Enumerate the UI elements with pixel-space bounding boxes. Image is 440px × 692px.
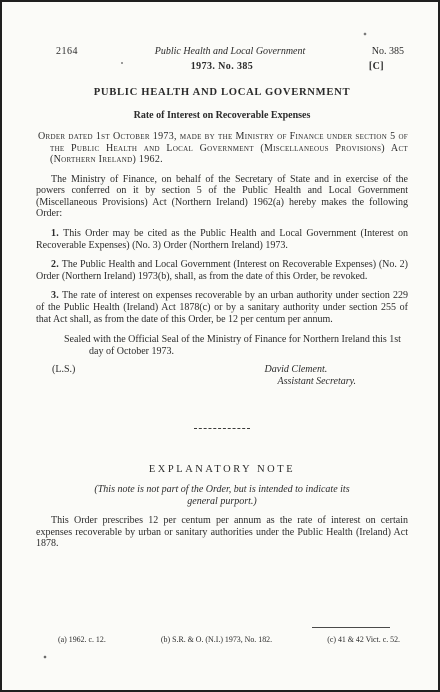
article-3-text: The rate of interest on expenses recover… — [36, 290, 408, 324]
page-number: 2164 — [56, 46, 126, 58]
article-3-number: 3. — [51, 290, 59, 301]
section-divider — [194, 428, 250, 429]
article-1: 1. This Order may be cited as the Public… — [36, 228, 408, 251]
intro-paragraph: The Ministry of Finance, on behalf of th… — [36, 174, 408, 220]
signature-row: (L.S.) David Clement. Assistant Secretar… — [36, 364, 408, 387]
seal-mark: (L.S.) — [52, 364, 75, 376]
citation-text: 1973. No. 385 — [191, 61, 253, 72]
signatory-name: David Clement. — [264, 364, 327, 375]
classification-mark: [C] — [369, 61, 384, 73]
sealed-clause: Sealed with the Official Seal of the Min… — [89, 334, 408, 357]
article-1-text: This Order may be cited as the Public He… — [36, 228, 408, 251]
scanned-order-page: 2164 Public Health and Local Government … — [0, 0, 440, 692]
article-2-number: 2. — [51, 259, 59, 270]
footnote-a-text: 1962. c. 12. — [69, 635, 106, 644]
explanatory-note-parenthetical: (This note is not part of the Order, but… — [85, 484, 360, 507]
explanatory-note-body: This Order prescribes 12 per centum per … — [36, 515, 408, 550]
footnote-a: (a) 1962. c. 12. — [58, 635, 106, 644]
footnote-b: (b) S.R. & O. (N.I.) 1973, No. 182. — [161, 635, 272, 644]
footnote-b-label: (b) — [161, 635, 170, 644]
article-2: 2. The Public Health and Local Governmen… — [36, 259, 408, 282]
footnote-c-label: (c) — [327, 635, 336, 644]
footnote-b-text: S.R. & O. (N.I.) 1973, No. 182. — [172, 635, 272, 644]
footnote-rule — [312, 627, 390, 628]
signatory-title: Assistant Secretary. — [264, 376, 356, 387]
article-1-number: 1. — [51, 228, 59, 239]
issue-number: No. 385 — [334, 46, 404, 58]
footnote-c: (c) 41 & 42 Vict. c. 52. — [327, 635, 400, 644]
footnotes-row: (a) 1962. c. 12. (b) S.R. & O. (N.I.) 19… — [58, 635, 400, 644]
page-header: 2164 Public Health and Local Government … — [56, 46, 404, 58]
preamble: Order dated 1st October 1973, made by th… — [36, 131, 408, 165]
document-subtitle: Rate of Interest on Recoverable Expenses — [36, 110, 408, 122]
footnote-a-label: (a) — [58, 635, 67, 644]
document-title: PUBLIC HEALTH AND LOCAL GOVERNMENT — [36, 87, 408, 99]
running-title: Public Health and Local Government — [126, 46, 334, 58]
article-2-text: The Public Health and Local Government (… — [36, 259, 408, 282]
signature-block: David Clement. Assistant Secretary. — [264, 364, 356, 387]
explanatory-note-heading: EXPLANATORY NOTE — [36, 464, 408, 476]
footnote-c-text: 41 & 42 Vict. c. 52. — [338, 635, 400, 644]
citation-line: 1973. No. 385 [C] — [36, 61, 408, 73]
article-3: 3. The rate of interest on expenses reco… — [36, 290, 408, 325]
